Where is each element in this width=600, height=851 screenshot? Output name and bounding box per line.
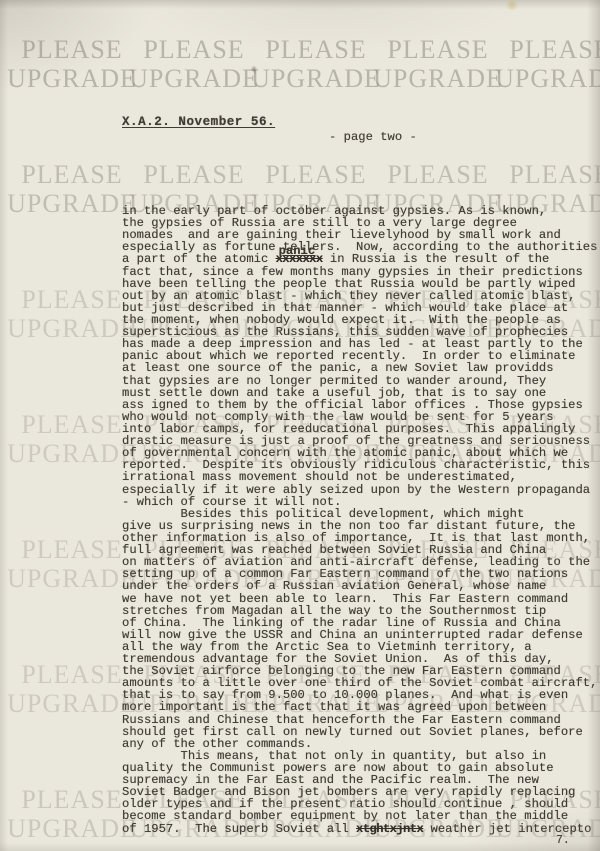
page-marker: - page two - — [329, 130, 417, 144]
text-line: under the orders of a Russian aviation G… — [122, 580, 600, 592]
text-line: stretches from Magadan all the way to th… — [122, 605, 600, 617]
text-line: fact that, since a few months many gypsi… — [122, 266, 600, 278]
text-line: must settle down and take a useful job, … — [122, 387, 600, 399]
text-line: should get first call on newly turned ou… — [122, 726, 600, 738]
text-line: that gypsies are no longer permited to w… — [122, 375, 600, 387]
text-line: more important is the fact that it was a… — [122, 701, 600, 713]
struck-out-word: xtghtxjntx — [356, 823, 423, 835]
text-line: - which of course it will not. — [122, 496, 600, 508]
text-line: of China. The linking of the radar line … — [122, 617, 600, 629]
text-line: irrational mass movement should not be u… — [122, 471, 600, 483]
scanned-paper: PLEASEUPGRADEPLEASEUPGRADEPLEASEUPGRADEP… — [0, 0, 600, 851]
struck-out-word: xxxxxxxpanic — [276, 253, 323, 265]
text-line: a part of the atomic xxxxxxxpanic in Rus… — [122, 253, 600, 265]
typed-text-layer: X.A.2. November 56. - page two - in the … — [0, 0, 600, 851]
text-line: we have not yet been able to learn. This… — [122, 593, 600, 605]
text-line: especially if it were ably seized upon b… — [122, 484, 600, 496]
body-lines: in the early part of october against gyp… — [122, 205, 600, 835]
text-line: at least one source of the panic, a new … — [122, 362, 600, 374]
document-reference: X.A.2. November 56. — [122, 115, 275, 129]
text-line: have been telling the people that Russia… — [122, 278, 600, 290]
text-line: Russians and Chinese that henceforth the… — [122, 714, 600, 726]
text-line: of 1957. The superb Soviet all xtghtxjnt… — [122, 823, 600, 835]
typed-correction: panic — [279, 245, 316, 257]
page-number: 7. — [556, 834, 570, 847]
